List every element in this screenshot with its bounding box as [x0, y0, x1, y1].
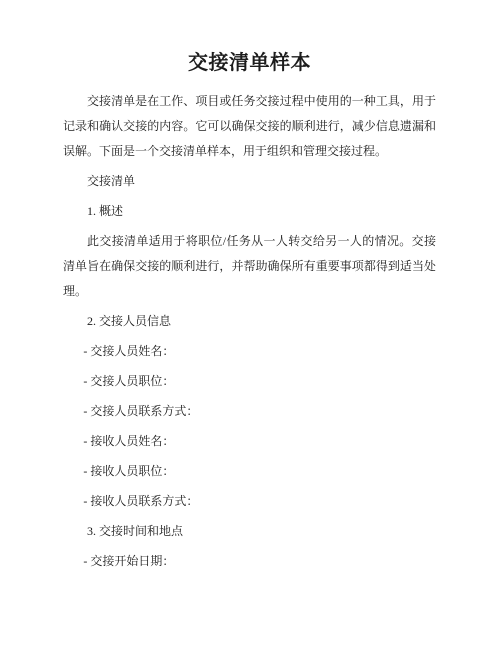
document-title: 交接清单样本 [63, 50, 436, 76]
document-page: 交接清单样本 交接清单是在工作、项目或任务交接过程中使用的一种工具，用于记录和确… [0, 0, 502, 649]
field-handover-person-contact: - 交接人员联系方式： [63, 399, 436, 424]
heading-3-time-location: 3. 交接时间和地点 [63, 519, 436, 544]
field-handover-start-date: - 交接开始日期： [63, 549, 436, 574]
field-handover-person-position: - 交接人员职位： [63, 369, 436, 394]
heading-2-personnel-info: 2. 交接人员信息 [63, 309, 436, 334]
intro-paragraph: 交接清单是在工作、项目或任务交接过程中使用的一种工具，用于记录和确认交接的内容。… [63, 89, 436, 164]
heading-1-overview: 1. 概述 [63, 199, 436, 224]
overview-paragraph: 此交接清单适用于将职位/任务从一人转交给另一人的情况。交接清单旨在确保交接的顺利… [63, 229, 436, 304]
field-receiver-contact: - 接收人员联系方式： [63, 489, 436, 514]
field-handover-person-name: - 交接人员姓名： [63, 339, 436, 364]
field-receiver-position: - 接收人员职位： [63, 459, 436, 484]
section-label-handover-checklist: 交接清单 [63, 169, 436, 194]
field-receiver-name: - 接收人员姓名： [63, 429, 436, 454]
